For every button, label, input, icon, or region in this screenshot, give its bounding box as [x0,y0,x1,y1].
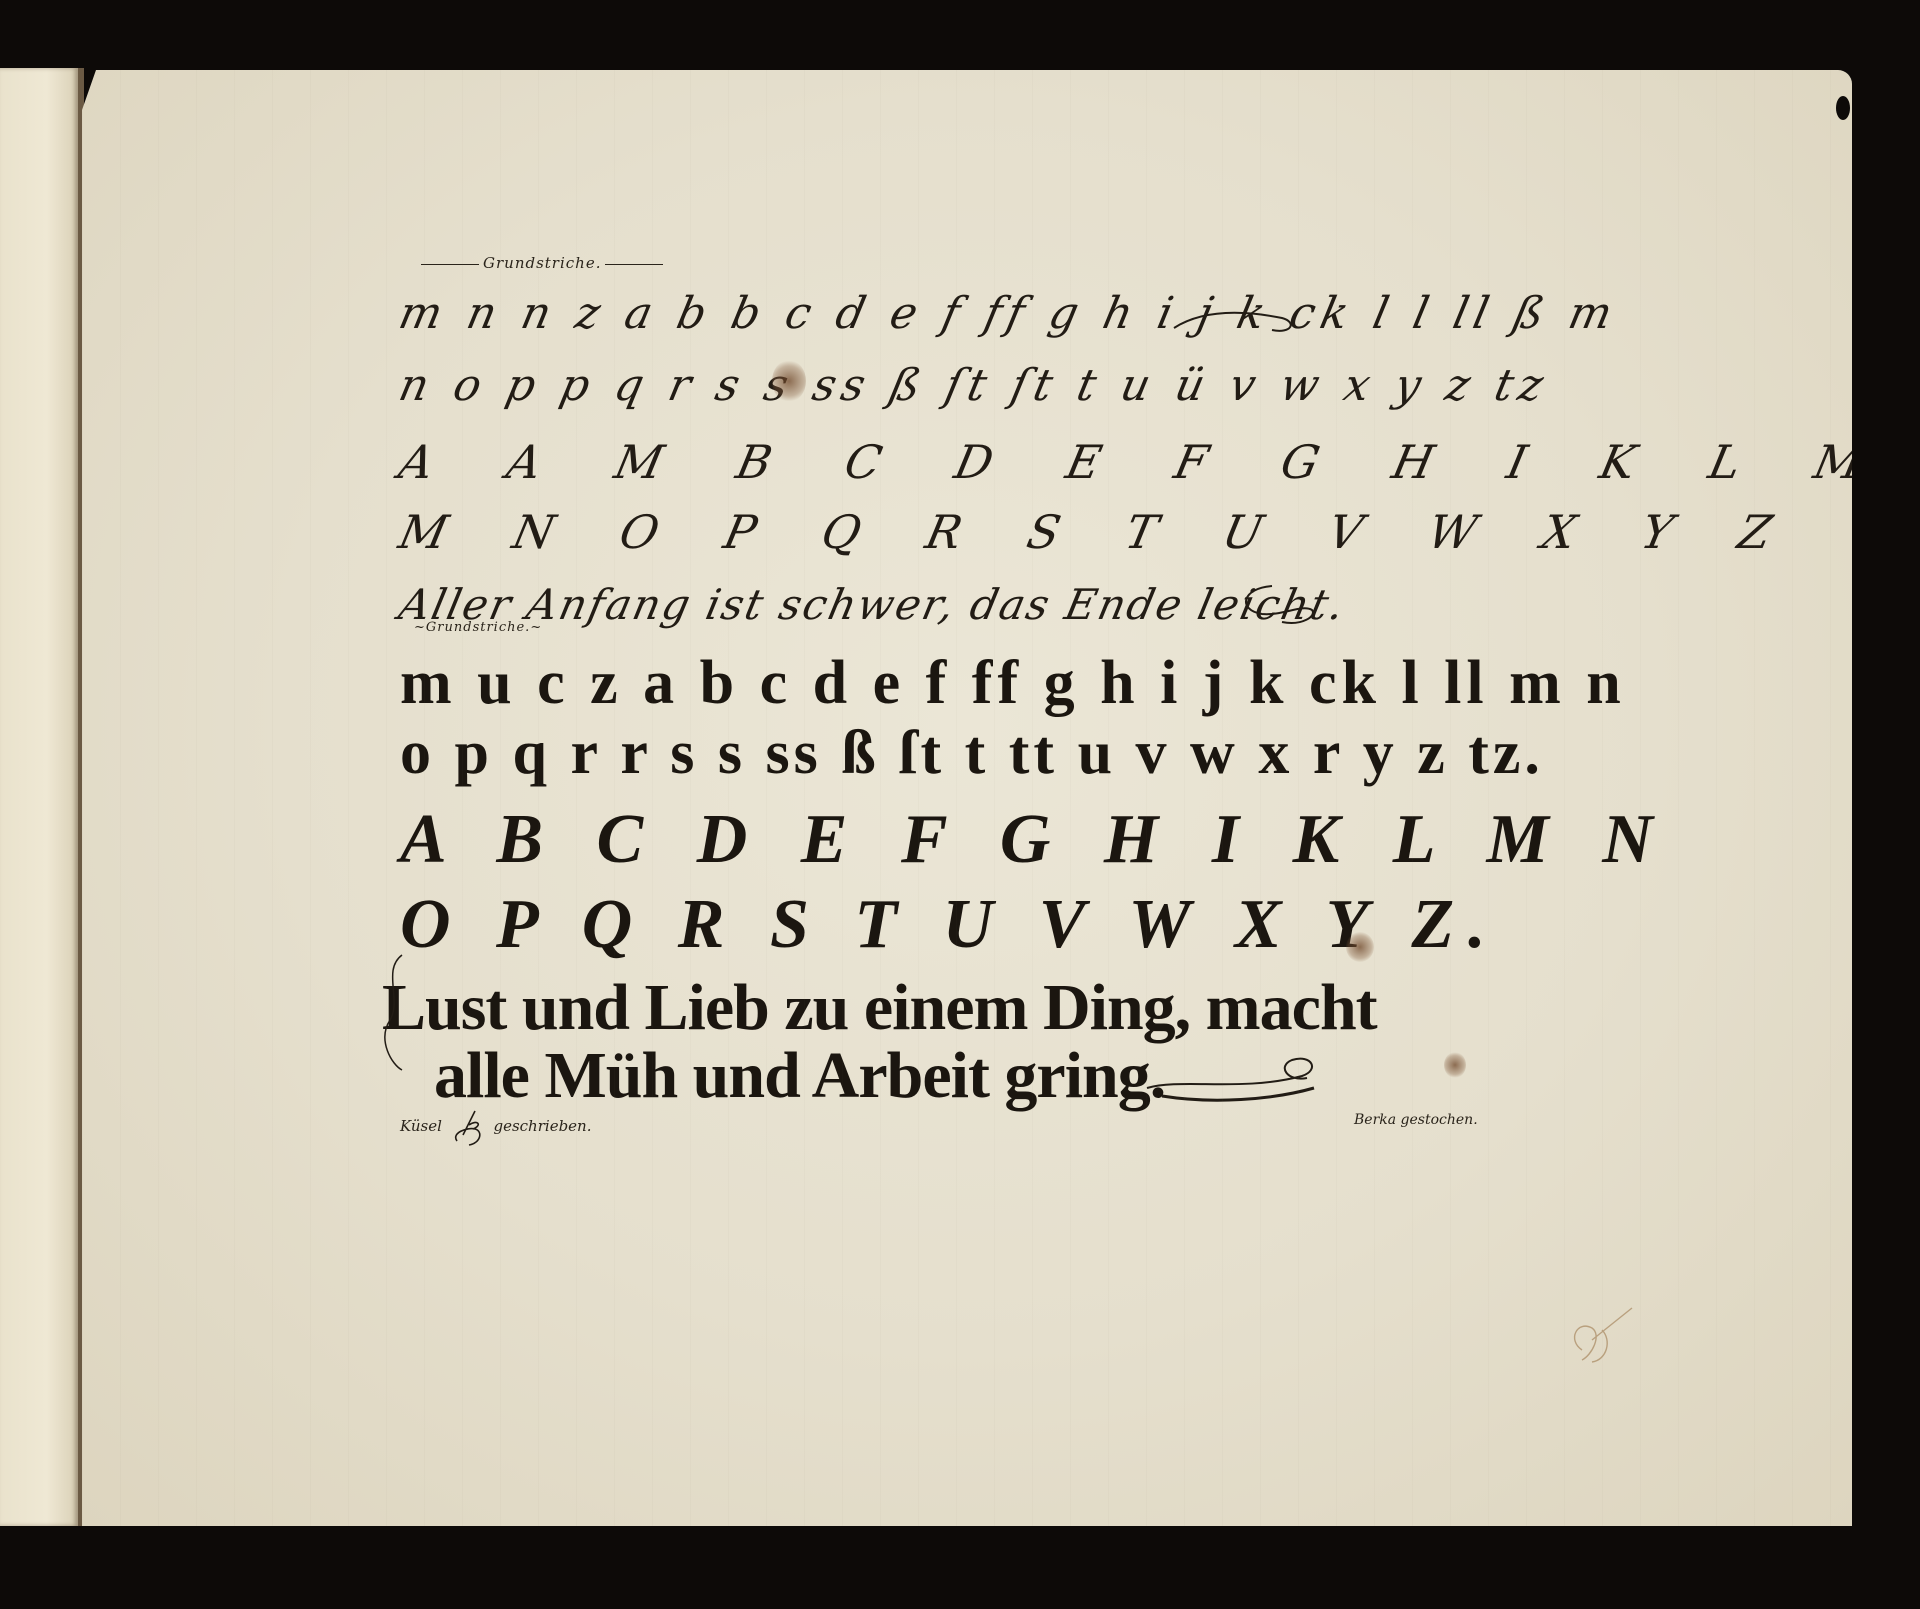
page-edge-notch [1836,96,1850,120]
heading-text: Grundstriche. [483,254,601,272]
writer-credit: Küsel geschrieben. [400,1105,591,1149]
fraktur-lowercase-line-2: o p q r r s s ss ß ſt t tt u v w x r y z… [400,718,1544,789]
ink-stain [1346,932,1374,962]
section-a-heading: Grundstriche. [417,254,667,272]
fraktur-uppercase-line-1: A B C D E F G H I K L M N [400,800,1671,880]
fraktur-proverb-line-1: Lust und Lieb zu einem Ding, macht [382,970,1377,1046]
cursive-lowercase-line-2: n o p p q r s s ss ß ſt ſt t u ü v w x y… [395,360,1554,411]
monogram-icon [449,1105,487,1149]
writer-name: Küsel [400,1117,442,1135]
fraktur-lowercase-line-1: m u c z a b c d e f ff g h i j k ck l ll… [400,648,1626,719]
previous-page-leaf [0,68,78,1526]
fraktur-proverb-line-2: alle Müh und Arbeit gring. [434,1038,1165,1114]
writer-suffix: geschrieben. [493,1117,591,1135]
calligraphy-page: Grundstriche. m n n z a b b c d e f ff g… [82,70,1852,1526]
ink-stain [1444,1052,1466,1078]
flourish-proverb-end [1142,1048,1322,1118]
ink-stain [772,360,806,402]
flourish-sentence-end [1232,580,1322,630]
cursive-lowercase-line-1: m n n z a b b c d e f ff g h i j k ck l … [395,288,1623,339]
cursive-uppercase-line-1: A A M B C D E F G H I K L M [394,435,1898,489]
fraktur-uppercase-line-2: O P Q R S T U V W X Y Z. [400,885,1500,965]
pencil-monogram-mark [1562,1300,1652,1380]
flourish-line-end [1172,300,1302,340]
engraver-credit: Berka gestochen. [1354,1112,1478,1128]
heading-text: Grundstriche. [426,620,530,635]
flourish-left-margin [372,950,412,1080]
section-b-heading: ~Grundstriche.~ [414,620,542,635]
cursive-uppercase-line-2: M N O P Q R S T U V W X Y Z [394,505,1802,559]
